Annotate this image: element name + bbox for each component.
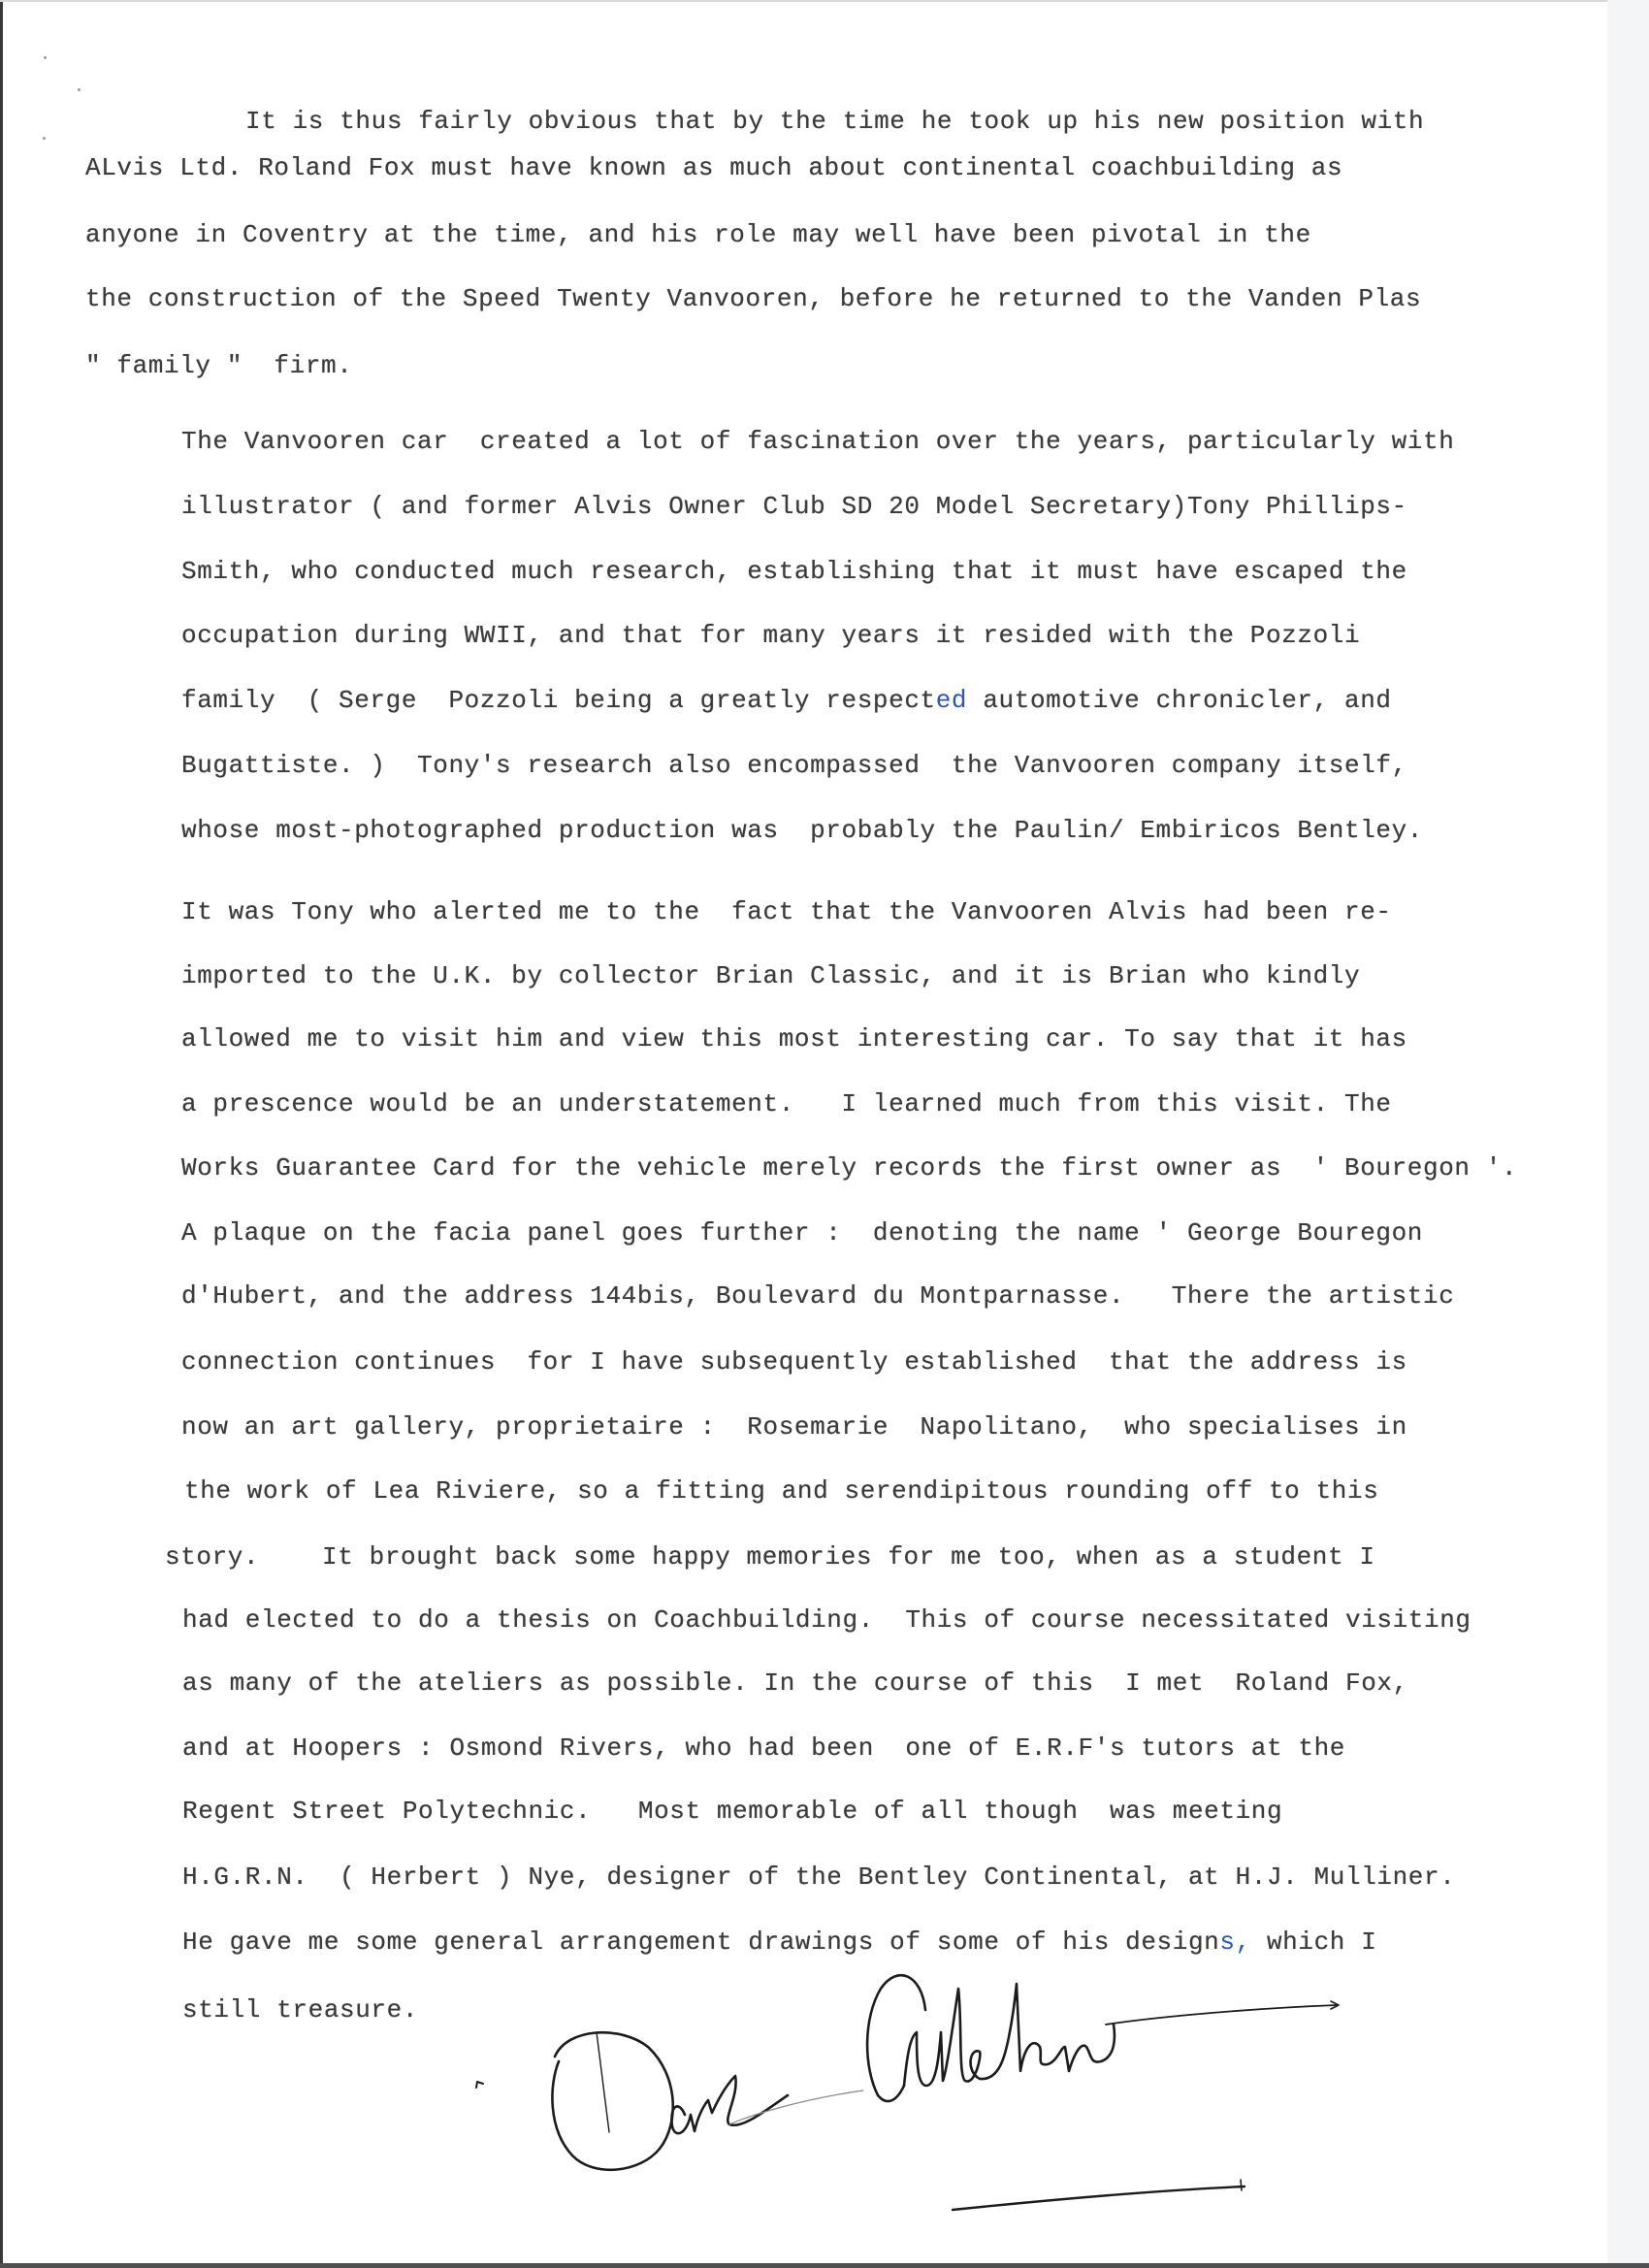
text-line: He gave me some general arrangement draw…	[182, 1928, 1376, 1957]
text-line: had elected to do a thesis on Coachbuild…	[182, 1605, 1471, 1635]
text-line: The Vanvooren car created a lot of fasci…	[181, 427, 1454, 456]
text-line: illustrator ( and former Alvis Owner Clu…	[181, 492, 1407, 521]
typed-text: family ( Serge Pozzoli being a greatly r…	[181, 686, 936, 715]
ink-correction: ed	[936, 686, 967, 715]
text-line: A plaque on the facia panel goes further…	[181, 1218, 1423, 1247]
text-line: " family " firm.	[85, 351, 352, 380]
text-line: still treasure.	[182, 1995, 418, 2025]
typed-text: automotive chronicler, and	[967, 686, 1391, 715]
text-line: Smith, who conducted much research, esta…	[181, 557, 1407, 586]
text-line: Bugattiste. ) Tony's research also encom…	[181, 751, 1407, 780]
scan-margin	[1607, 0, 1649, 2263]
text-line: the construction of the Speed Twenty Van…	[85, 284, 1421, 313]
text-line: the work of Lea Riviere, so a fitting an…	[184, 1476, 1378, 1506]
text-line: connection continues for I have subseque…	[181, 1347, 1407, 1377]
typed-text: He gave me some general arrangement draw…	[182, 1928, 1219, 1957]
text-line: It is thus fairly obvious that by the ti…	[245, 107, 1424, 136]
text-line: Regent Street Polytechnic. Most memorabl…	[182, 1797, 1282, 1826]
text-line: and at Hoopers : Osmond Rivers, who had …	[182, 1733, 1345, 1763]
scan-speck	[43, 137, 46, 140]
text-line: story. It brought back some happy memori…	[165, 1542, 1375, 1571]
text-line: Works Guarantee Card for the vehicle mer…	[181, 1153, 1517, 1183]
text-line: whose most-photographed production was p…	[181, 816, 1423, 845]
text-line: a prescence would be an understatement. …	[181, 1089, 1392, 1118]
scan-speck	[44, 56, 47, 59]
typed-text: which I	[1251, 1928, 1377, 1957]
text-line: H.G.R.N. ( Herbert ) Nye, designer of th…	[182, 1863, 1455, 1892]
scan-bottom-edge	[0, 2263, 1649, 2268]
page-top-edge	[0, 0, 1607, 2]
scan-speck	[78, 88, 81, 91]
text-line: ALvis Ltd. Roland Fox must have known as…	[85, 153, 1342, 182]
text-line: anyone in Coventry at the time, and his …	[85, 220, 1311, 249]
text-line: It was Tony who alerted me to the fact t…	[181, 897, 1392, 926]
text-line: family ( Serge Pozzoli being a greatly r…	[181, 686, 1392, 715]
text-line: d'Hubert, and the address 144bis, Boulev…	[181, 1281, 1454, 1311]
document-page	[0, 0, 1610, 2263]
text-line: now an art gallery, proprietaire : Rosem…	[181, 1412, 1407, 1442]
text-line: imported to the U.K. by collector Brian …	[181, 961, 1360, 990]
text-line: allowed me to visit him and view this mo…	[181, 1024, 1407, 1053]
text-line: as many of the ateliers as possible. In …	[182, 1669, 1408, 1698]
text-line: occupation during WWII, and that for man…	[181, 621, 1360, 650]
ink-correction: s,	[1219, 1928, 1250, 1957]
